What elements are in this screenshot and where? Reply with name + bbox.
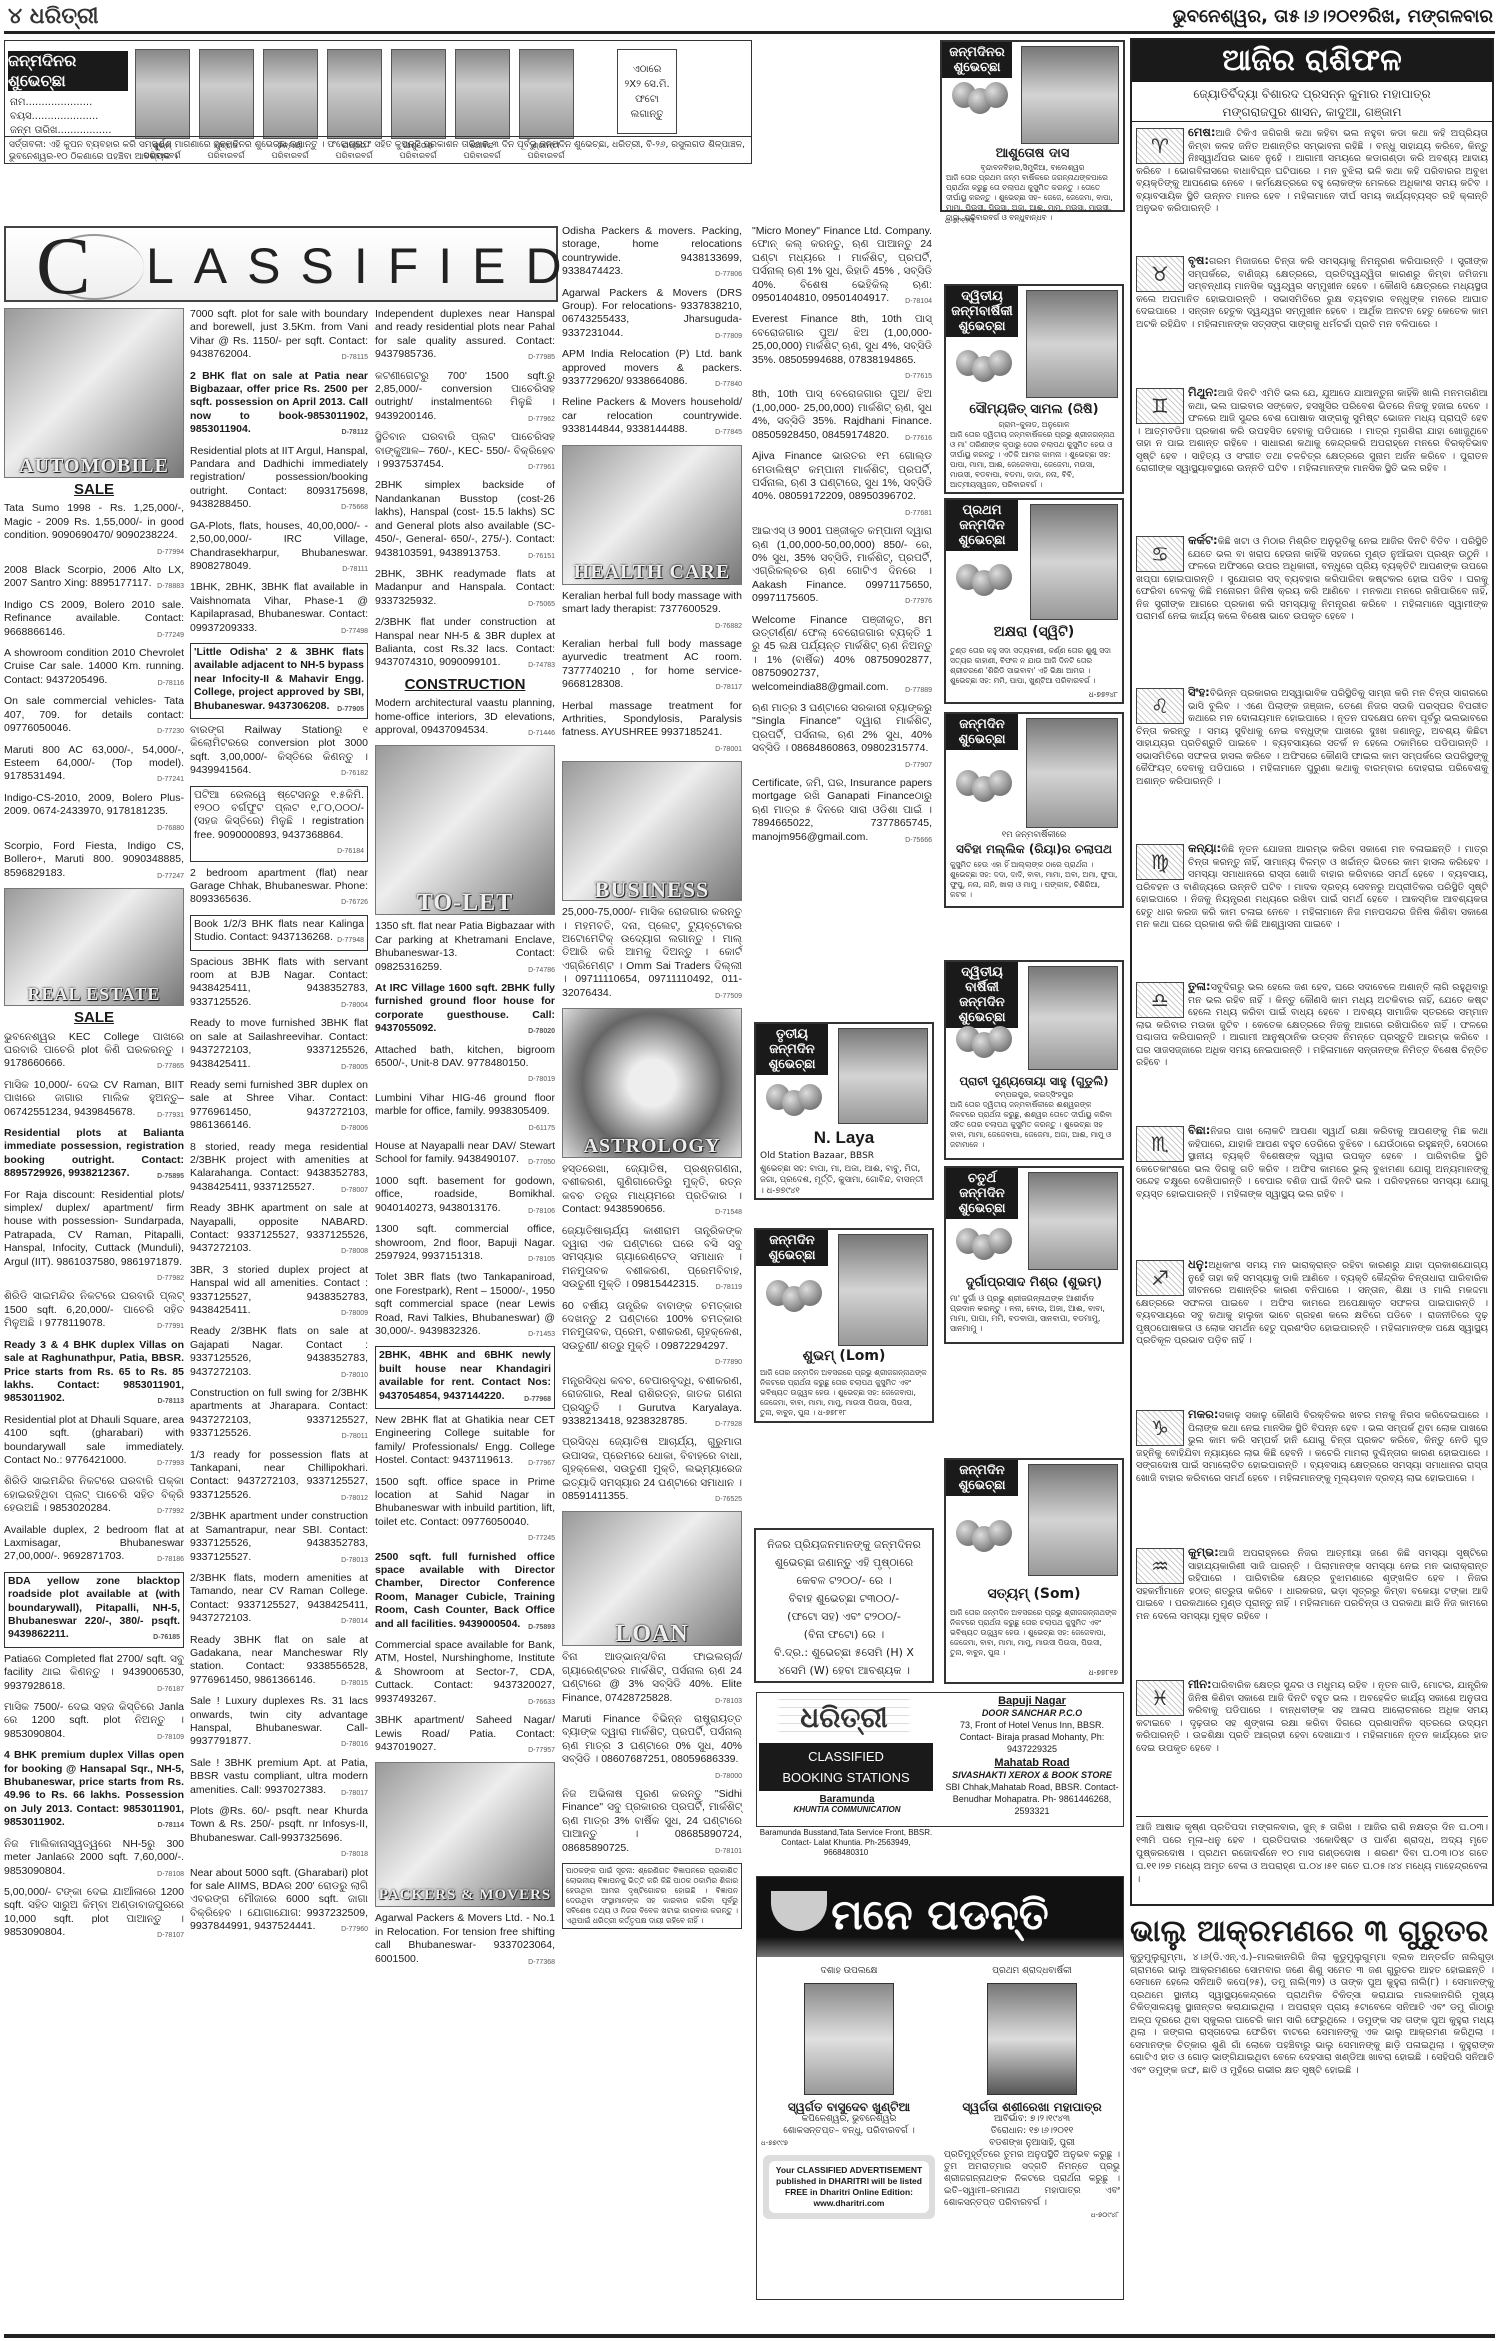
classified-ad: New 2BHK flat at Ghatikia near CET Engin… [375,1414,555,1471]
astrologer-byline: ଜ୍ୟୋତିର୍ବିଦ୍ୟା ବିଶାରଦ ପ୍ରସନ୍ନ କୁମାର ମହାପ… [1132,82,1492,122]
horoscope-sign: ♉ବୃଷ:ଗରମ ମିଜାଜରେ ଚିନ୍ତା କରି ସମସ୍ୟାକୁ ନିମ… [1136,254,1488,331]
classified-ad: Modern architectural vaastu planning, ho… [375,697,555,740]
gemini-icon: ♊ [1136,388,1184,424]
balloons-icon [766,1280,826,1330]
coupon-terms: ସର୍ତ୍ତାବଳୀ: ଏହି କୁପନ ବ୍ୟବହାର କରି ସମ୍ପୂର୍… [5,136,751,165]
classified-ad: House at Nayapalli near DAV/ Stewart Sch… [375,1140,555,1170]
classified-ad: Keralian herbal full body massage ayurve… [562,638,742,695]
ad-code: D-78103 [715,1695,742,1708]
ad-code: D-75893 [528,1621,555,1634]
ad-code: D-78007 [341,1184,368,1197]
sign-name: ବୃଷ: [1188,253,1209,267]
sign-name: କୁମ୍ଭ: [1188,1545,1219,1559]
dateline: ଭୁବନେଶ୍ୱର, ତା୫।୬।୨୦୧୨ରିଖ, ମଙ୍ଗଳବାର [1173,6,1493,27]
adult-photo [455,49,510,139]
business-image: BUSINESS [562,761,742,901]
section-heading: SALE [4,1011,184,1024]
ad-code: ଧ-୭୮୧୨୩ [945,216,975,226]
ad-code: D-76184 [337,845,364,858]
column-finance: "Micro Money" Finance Ltd. Company. ଫୋନ୍… [752,225,932,852]
birthday-wish-soumyajit: ଦ୍ୱିତୀୟ ଜନ୍ମବାର୍ଷିକୀ ଶୁଭେଚ୍ଛା ସୌମ୍ୟଜିତ୍ … [944,284,1124,494]
classified-ad: Indigo-CS-2010, 2009, Bolero Plus- 2009.… [4,792,184,835]
ad-code: D-71446 [528,727,555,740]
classified-ad: ପଟିଆ ରେଲୱେ ଷ୍ଟେସନରୁ ୧.୫କିମି. ୧୨୦୦ ବର୍ଗଫୁ… [190,786,368,862]
birthday-wish-akshara: ପ୍ରଥମ ଜନ୍ମଦିନ ଶୁଭେଚ୍ଛା ଅକ୍ଷରା (ସ୍ୱିଟି) ତ… [944,498,1124,704]
ad-code: D-77994 [157,546,184,559]
ad-text: 2500 sqft. full furnished office space a… [375,1551,555,1630]
health-care-image: HEALTH CARE [562,445,742,585]
ad-code: D-77889 [905,684,932,697]
ad-text: Indigo-CS-2010, 2009, Bolero Plus- 2009.… [4,792,184,817]
ad-text: For Raja discount: Residential plots/ si… [4,1189,184,1268]
ad-code: D-76726 [341,896,368,909]
classified-ad: ମନ୍ତ୍ରସିଦ୍ଧ କବଚ, ବେପାରବୃଦ୍ଧି, ବଶୀକରଣ, ରୋ… [562,1375,742,1432]
sign-text: ଅଧିକାଂଶ ସମୟ ମନ ଭାରାକ୍ରାନ୍ତ ରହିବା କାରଣରୁ … [1136,1260,1488,1346]
ad-code: D-77905 [337,703,364,716]
classified-ad: ଆଇଏସ୍ ଓ 9001 ପଞ୍ଜୀକୃତ କମ୍ପାନୀ ଦ୍ୱାରା ଋଣ … [752,525,932,608]
ad-code: D-78015 [341,1677,368,1690]
sign-text: କିଛି ନୂତନ ଯୋଜନା ଆରମ୍ଭ କରିବା ସକାଶେ ମନ ବଳା… [1136,844,1488,930]
footer-rule [4,2334,1495,2338]
classified-ad: Construction on full swing for 2/3BHK ap… [190,1387,368,1444]
classified-ad: 1BHK, 2BHK, 3BHK flat available in Vaish… [190,581,368,638]
capricorn-icon: ♑ [1136,1410,1184,1446]
memorial-left: ଦଶାହ ଉପଲକ୍ଷେ ସ୍ୱର୍ଗତ ବାସୁଦେବ ଖୁଣ୍ଟିଆ କପି… [757,1965,941,2225]
ad-code: D-78114 [158,1819,184,1832]
classified-ad: 2/3BHK flats, modern amenities at Tamand… [190,1572,368,1629]
baby-photo [1030,504,1118,620]
ad-code: D-74783 [528,659,555,672]
ad-code: D-77247 [157,870,184,883]
classified-ad: Ajiva Finance ଭାରତର ୧ମ ଗୋଲ୍ଡ ମେଡାଲିଷ୍ଟ କ… [752,450,932,520]
classified-ad: Reline Packers & Movers household/ car r… [562,396,742,439]
ad-code: D-77809 [715,330,742,343]
classified-ad: Residential plot at Dhauli Square, area … [4,1414,184,1471]
classified-ad: Maruti Finance ବିଭିନ୍ନ ରାଷ୍ଟ୍ରାୟତ୍ତ ବ୍ୟା… [562,1713,742,1783]
child-photo [199,49,254,139]
classified-ad: Ready 2/3BHK flats on sale at Gajapati N… [190,1325,368,1382]
ad-code: D-77948 [337,934,364,947]
classified-ad: ଶିରିଡି ସାଇମନ୍ଦିର ନିକଟରେ ଘରବାରି ପ୍ଲଟ୍ 150… [4,1290,184,1333]
ad-code: D-78017 [341,1787,368,1800]
ad-code: D-78112 [342,426,368,439]
ad-code: D-78116 [158,677,184,690]
birthday-wish-ashutosh: ଜନ୍ମଦିନର ଶୁଭେଚ୍ଛା ଆଶୁତୋଷ ଦାସ ବୃନ୍ଦାବନବିହ… [940,40,1125,212]
balloons-icon [956,1520,1016,1570]
sign-name: କର୍କଟ: [1188,533,1218,547]
ad-code: D-78012 [341,1492,368,1505]
horoscope-sign: ♒କୁମ୍ଭ:ଆଜି ଅପରାହ୍ନରେ ନିଜର ଆତ୍ମୀୟା ଜଣେ କି… [1136,1546,1488,1623]
cancer-icon: ♋ [1136,536,1184,572]
coupon-dob-field[interactable]: ଜନ୍ମ ତାରିଖ................. [10,125,112,136]
classified-ad: Tolet 3BR flats (two Tankapaniroad, one … [375,1271,555,1341]
classified-ad: Plots @Rs. 60/- psqft. near Khurda Town … [190,1805,368,1862]
ad-code: D-77840 [715,378,742,391]
station-baramunda-address: Baramunda Busstand,Tata Service Front, B… [758,1828,934,1858]
ad-code: D-75065 [528,598,555,611]
classified-ad: 2/3BHK apartment under construction at S… [190,1510,368,1567]
station-baramunda: Baramunda KHUNTIA COMMUNICATION [759,1795,935,1815]
photo-placeholder[interactable]: ଏଠାରେ୨X୨ ସେ.ମି.ଫଟୋଲଗାନ୍ତୁ [617,49,677,134]
ad-text: Keralian herbal full body massage with s… [562,590,742,615]
classified-ad: GA-Plots, flats, houses, 40,00,000/- - 2… [190,520,368,577]
classified-ad: ସ୍ଥିତିବାନ ଘରବାରି ପ୍ଲଟ ପାଚେରିସହ ବାଙ୍କୁଆଳ–… [375,431,555,474]
classified-ad: 2BHK, 3BHK readymade flats at Madanpur a… [375,568,555,611]
horoscope-sign: ♈ମେଷ:ଆଜି ଟିକିଏ ଜଗିରଖି କଥା କହିବା ଭଲ ନହୁବା… [1136,126,1488,216]
classified-ad: 1300 sqft. commercial office, showroom, … [375,1223,555,1266]
child-photo [1028,1464,1118,1576]
column-services: Odisha Packers & movers. Packing, storag… [562,225,742,1934]
child-photo [327,49,382,139]
child-photo [263,49,318,139]
ad-text: ଆଇଏସ୍ ଓ 9001 ପଞ୍ଜୀକୃତ କମ୍ପାନୀ ଦ୍ୱାରା ଋଣ … [752,525,932,604]
ad-text: ପଟିଆ ରେଲୱେ ଷ୍ଟେସନରୁ ୧.୫କିମି. ୧୨୦୦ ବର୍ଗଫୁ… [194,789,364,841]
classified-ad: Lumbini Vihar HIG-46 ground floor marble… [375,1092,555,1135]
news-article: ଭାଲୁ ଆକ୍ରମଣରେ ୩ ଗୁରୁତର କୁଡୁମୁଲୁଗୁମ୍ମା, ୪… [1130,1912,1494,2077]
ad-code: D-77992 [157,1505,184,1518]
classified-ad: "Micro Money" Finance Ltd. Company. ଫୋନ୍… [752,225,932,308]
baby-photo [135,49,190,139]
coupon-age-field[interactable]: ବୟସ..................... [10,111,98,122]
classified-ad: Maruti 800 AC 63,000/-, 54,000/-, Esteem… [4,744,184,787]
classified-ad: 2008 Black Scorpio, 2006 Alto LX, 2007 S… [4,564,184,594]
ad-code: D-77845 [715,426,742,439]
ad-code: D-77241 [157,773,184,786]
ad-code: D-78115 [342,351,368,364]
sign-name: ମୀନ: [1188,1677,1212,1691]
ad-code: D-77961 [528,461,555,474]
ad-code: D-78013 [341,1554,368,1567]
classified-ad: Near about 5000 sqft. (Gharabari) plot f… [190,1867,368,1937]
ad-code: D-77890 [715,1356,742,1369]
classified-ad: 2 bedroom apartment (flat) near Garage C… [190,867,368,910]
sign-text: ନିଜର ପାଖ ଲୋକଟି ଆପଣା ସ୍ୱାର୍ଥ ରକ୍ଷା କରିବାକ… [1136,1126,1488,1200]
portrait-photo [987,1983,1077,2095]
ad-code: D-78019 [528,1073,555,1086]
classified-ad: ହସ୍ତରେଖା, ଜ୍ୟୋତିଷ, ପ୍ରଶ୍ନଗଣନା, ବଶୀକରଣ, ଗ… [562,1163,742,1220]
classified-ad: Book 1/2/3 BHK flats near Kalinga Studio… [190,915,368,951]
classified-ad: 2/3BHK flat under construction at Hanspa… [375,616,555,673]
birthday-wish-durgaprasad: ଚତୁର୍ଥ ଜନ୍ମଦିନ ଶୁଭେଚ୍ଛା ଦୁର୍ଗାପ୍ରସାଦ ମିଶ… [944,1166,1124,1344]
reader-notice: ପାଠକଙ୍କ ପାଇଁ ସୂଚନା: ଶ୍ରେଣିଗତ ବିଜ୍ଞାପନରେ … [562,1863,742,1929]
adult-photo [391,49,446,139]
birthday-coupon: ଜନ୍ମଦିନର ଶୁଭେଚ୍ଛା ନାମ...................… [4,40,752,164]
page-number: ୪ ଧରିତ୍ରୀ [8,4,99,29]
ad-code: D-78014 [341,1615,368,1628]
classified-ad: Certificate, ଜମି, ଘର, Insurance papers m… [752,777,932,847]
online-edition-note: Your CLASSIFIED ADVERTISEMENT published … [763,2155,935,2219]
booking-title: CLASSIFIEDBOOKING STATIONS [759,1743,933,1791]
classified-ad: Ready 3BHK apartment on sale at Nayapall… [190,1202,368,1259]
classified-ad: Residential plots at IIT Argul, Hanspal,… [190,445,368,515]
classified-ad: 8 storied, ready mega residential 2/3BHK… [190,1141,368,1198]
ad-code: D-76633 [528,1696,555,1709]
wish-rates-box: ନିଜର ପ୍ରିୟଜନମାନଙ୍କୁ ଜନ୍ମଦିନରଶୁଭେଚ୍ଛା ଜଣା… [754,1528,934,1683]
sign-name: କନ୍ୟା: [1188,841,1221,855]
classified-banner: C LASSIFIED [4,226,558,302]
classified-ad: 2BHK, 4BHK and 6BHK newly built house ne… [375,1346,555,1409]
ad-code: D-61175 [529,1122,555,1135]
ad-code: D-76151 [528,550,555,563]
dharitri-logo: ଧରିତ୍ରୀ [779,1697,909,1739]
memorial-title: ମନେ ପଡନ୍ତି [757,1877,1123,1957]
ad-code: D-77806 [715,268,742,281]
panchang: ଆଜି ଆଷାଢ କୃଷ୍ଣ ପ୍ରତିପଦା ମଙ୍ଗଳବାର, ଜୁନ୍ ୫… [1136,1816,1488,1886]
sign-text: ଆଜି ଅପରାହ୍ନରେ ନିଜର ଆତ୍ମୀୟା ଜଣେ କିଛି ସମସ୍… [1136,1548,1488,1622]
sign-text: କିଛି ଖଟା ଓ ମିଠାର ମିଶ୍ରିତ ଅନୁଭୂତିକୁ ନେଇ ଆ… [1136,536,1488,622]
classified-ad: Agarwal Packers & Movers Ltd. - No.1 in … [375,1912,555,1969]
classified-ad: On sale commercial vehicles- Tata 407, 7… [4,695,184,738]
horoscope-sign: ♋କର୍କଟ:କିଛି ଖଟା ଓ ମିଠାର ମିଶ୍ରିତ ଅନୁଭୂତିକ… [1136,534,1488,624]
classified-ad: Indigo CS 2009, Bolero 2010 sale. Refina… [4,599,184,642]
ad-code: D-77681 [905,507,932,520]
classified-ad: ବିନା ଆଡ୍‌ଭାନ୍ସ/ବିନା ଫାଇଲଚାର୍ଜ/ ଗ୍ୟାରେଣ୍ଟ… [562,1651,742,1708]
sagittarius-icon: ♐ [1136,1260,1184,1296]
leo-icon: ♌ [1136,688,1184,724]
ad-code: D-76185 [153,1631,180,1644]
ad-code: D-78186 [157,1553,184,1566]
ad-text: Everest Finance 8th, 10th ପାସ୍ ବେରୋଜଗାର … [752,313,932,365]
ad-text: Herbal massage treatment for Arthrities,… [562,700,742,739]
ad-code: D-77368 [528,1956,555,1969]
balloons-icon [956,1026,1016,1076]
balloons-icon [956,350,1016,400]
ad-code: D-78010 [341,1369,368,1382]
classified-ad: 5,00,000/- ଟଙ୍କା ଦେଇ ଯାଆଁଳାରେ 1200 sqft.… [4,1886,184,1943]
sign-text: ସକାଳୁ ସକାଳୁ କୌଣସି ବିରକ୍ତିକର ଖବର ମନକୁ ନିର… [1136,1410,1488,1484]
sign-text: ଆଜି ଦିନଟି ଏମିତି ଭଲ ଯେ, ଯୁଆଡେ ଯାଆନ୍ତୁନା କ… [1136,388,1488,474]
horoscope-sign: ♎ତୁଳା:ସବୁଦିଗରୁ ଭଲ ହେଲେ ଜଣ ହେବ, ଘରେ ସଦାବେ… [1136,980,1488,1070]
classified-ad: ମାସିକ 10,000/- ଦେଇ CV Raman, BIIT ପାଖରେ … [4,1079,184,1122]
sign-name: ବିଛା: [1188,1123,1210,1137]
packers-movers-image: PACKERS & MOVERS [375,1762,555,1907]
ad-code: D-78005 [341,1061,368,1074]
balloons-icon [952,82,1012,132]
news-headline: ଭାଲୁ ଆକ୍ରମଣରେ ୩ ଗୁରୁତର [1130,1912,1494,1952]
ad-code: D-78883 [157,580,184,593]
ad-text: Welcome Finance ପଞ୍ଜୀକୃତ, 8ମ ଉତ୍ତୀର୍ଣ୍ଣ/… [752,614,932,693]
birthday-wish-lom: ଜନ୍ମଦିନ ଶୁଭେଚ୍ଛା ଶୁଭମ୍ (Lom) ଆଜି ତୋର ଜନ୍… [754,1228,934,1423]
ad-text: Plots @Rs. 60/- psqft. near Khurda Town … [190,1805,368,1844]
ad-code: D-75668 [341,501,368,514]
horoscope-sign: ♑ମକର:ସକାଳୁ ସକାଳୁ କୌଣସି ବିରକ୍ତିକର ଖବର ମନକ… [1136,1408,1488,1485]
ad-code: D-77931 [157,1109,184,1122]
classified-ad: Keralian herbal full body massage with s… [562,590,742,633]
classified-ad: Residential plots at Balianta immediate … [4,1127,184,1184]
ad-code: D-78111 [342,563,368,576]
ad-code: D-77498 [341,625,368,638]
classified-ad: At IRC Village 1600 sqft. 2BHK fully fur… [375,982,555,1039]
ad-code: D-77245 [528,1532,555,1545]
classified-ad: Sale ! Luxury duplexes Rs. 31 lacs onwar… [190,1695,368,1752]
diya-lamp-icon [771,1891,827,1931]
classified-ad: Scorpio, Ford Fiesta, Indigo CS, Bollero… [4,840,184,883]
classified-ad: For Raja discount: Residential plots/ si… [4,1189,184,1286]
classified-ad: ଜ୍ୟୋତିଷାଚାର୍ଯ୍ୟ କାଶୀରାମ ତାନ୍ତ୍ରିକଙ୍କ ଦ୍ୱ… [562,1225,742,1295]
memorial-right: ପ୍ରଥମ ଶ୍ରାଦ୍ଧବାର୍ଷିକୀ ସ୍ୱର୍ଗତା ଶଶୀରେଖା ମ… [941,1965,1123,2221]
column-automobile-realestate: AUTOMOBILE SALE Tata Sumo 1998 - Rs. 1,2… [4,308,184,1948]
ad-code: D-77050 [528,1156,555,1169]
sign-text: ସବୁଦିଗରୁ ଭଲ ହେଲେ ଜଣ ହେବ, ଘରେ ସଦାବେଳେ ଅଶା… [1136,982,1488,1068]
ad-code: D-77967 [528,1457,555,1470]
real-estate-image: REAL ESTATE [4,888,184,1006]
birthday-wish-sabiha: ଜନ୍ମଦିନ ଶୁଭେଚ୍ଛା ୧ମ ଜନ୍ମବାର୍ଷିକୀରେ ସବିହା… [944,712,1124,908]
classified-ad: କଟଣୀଗେଟରୁ 700' 1500 sqft.ରୁ 2,85,000/- c… [375,370,555,427]
classified-ad: 60 ବର୍ଷୀୟ ତାନ୍ତ୍ରିକ ବାବାଙ୍କ ଚମତ୍କାର ଦେଖନ… [562,1300,742,1370]
classified-ad: Herbal massage treatment for Arthrities,… [562,700,742,757]
ad-code: D-78009 [341,1307,368,1320]
ad-code: D-78016 [341,1738,368,1751]
column-realestate-2: 7000 sqft. plot for sale with boundary a… [190,308,368,1942]
classified-ad: Welcome Finance ପଞ୍ଜୀକୃତ, 8ମ ଉତ୍ତୀର୍ଣ୍ଣ/… [752,614,932,697]
column-tolet: Independent duplexes near Hanspal and re… [375,308,555,1974]
ad-code: D-78001 [715,743,742,756]
baby-photo [1021,46,1119,144]
ad-text: Lumbini Vihar HIG-46 ground floor marble… [375,1092,555,1117]
horoscope-sign: ♍କନ୍ୟା:କିଛି ନୂତନ ଯୋଜନା ଆରମ୍ଭ କରିବା ସକାଶେ… [1136,842,1488,932]
woman-photo [519,49,574,139]
classified-ad: ନିଜ ମାଲିକାନାସ୍ୱତ୍ୱରେ NH-5ରୁ 300 meter Ja… [4,1838,184,1881]
section-heading: SALE [4,483,184,496]
ad-code: D-77928 [715,1418,742,1431]
classified-ad: ବାରଙ୍ଗ Railway Stationରୁ ୧ କିଲୋମିଟରରେ co… [190,724,368,781]
taurus-icon: ♉ [1136,256,1184,292]
portrait-photo [804,1983,894,2095]
sign-text: ପାରିବାରିକ କ୍ଷେତ୍ର ସୁନ୍ଦର ଓ ମଧୁମୟ ରହିବ । … [1136,1680,1488,1754]
astrology-image: ASTROLOGY [562,1008,742,1158]
ad-code: D-78101 [715,1845,742,1858]
classified-ad: 4 BHK premium duplex Villas open for boo… [4,1749,184,1832]
scorpio-icon: ♏ [1136,1126,1184,1162]
ad-code: D-77509 [715,990,742,1003]
ad-code: D-76882 [715,620,742,633]
memorial-section: ମନେ ପଡନ୍ତି ଦଶାହ ଉପଲକ୍ଷେ ସ୍ୱର୍ଗତ ବାସୁଦେବ … [756,1876,1124,2300]
ad-text: 4 BHK premium duplex Villas open for boo… [4,1749,184,1828]
ad-text: ଋଣ ମାତ୍ର 3 ଘଣ୍ଟାରେ ସରକାରୀ ବ୍ୟାଙ୍କରୁ "Sin… [752,702,932,754]
classified-ad: Commercial space available for Bank, ATM… [375,1639,555,1709]
pisces-icon: ♓ [1136,1680,1184,1716]
classified-ad: 3BHK apartment/ Saheed Nagar/ Lewis Road… [375,1714,555,1757]
horoscope-sign: ♏ବିଛା:ନିଜର ପାଖ ଲୋକଟି ଆପଣା ସ୍ୱାର୍ଥ ରକ୍ଷା … [1136,1124,1488,1201]
horoscope-sign: ♌ସିଂହ:ବିଭିନ୍ନ ପ୍ରକାରର ଅସ୍ୱାଭାବିକ ପରିସ୍ଥି… [1136,686,1488,788]
classified-ad: Patiaରେ Completed flat 2700/ sqft. ସବୁ f… [4,1653,184,1696]
coupon-title: ଜନ୍ମଦିନର ଶୁଭେଚ୍ଛା [8,51,128,91]
horoscope-sign: ♊ମିଥୁନ:ଆଜି ଦିନଟି ଏମିତି ଭଲ ଯେ, ଯୁଆଡେ ଯାଆନ… [1136,386,1488,476]
balloons-icon [956,1228,1016,1278]
birthday-wish-prachi: ଦ୍ୱିତୀୟ ବାର୍ଷିକୀ ଜନ୍ମଦିନ ଶୁଭେଚ୍ଛା ପ୍ରାଚୀ… [944,960,1124,1160]
coupon-name-field[interactable]: ନାମ..................... [10,97,92,108]
ad-code: D-76182 [341,767,368,780]
ad-code: D-78020 [528,1025,555,1038]
ad-code: D-78006 [341,1122,368,1135]
sign-name: ମେଷ: [1188,125,1215,139]
classified-ad: Attached bath, kitchen, bigroom 6500/-, … [375,1044,555,1087]
birthday-wish-laya: ତୃତୀୟ ଜନ୍ମଦିନ ଶୁଭେଚ୍ଛା N. Laya Old Stati… [754,1022,934,1200]
virgo-icon: ♍ [1136,844,1184,880]
classified-ad: ନିଜ ଅଭିଳାଷ ପୂରଣ କରନ୍ତୁ "Sidhi Finance" ସ… [562,1788,742,1858]
sign-name: ତୁଳା: [1188,979,1211,993]
ad-text: 60 ବର୍ଷୀୟ ତାନ୍ତ୍ରିକ ବାବାଙ୍କ ଚମତ୍କାର ଦେଖନ… [562,1300,742,1352]
horoscope-sign: ♐ଧନୁ:ଅଧିକାଂଶ ସମୟ ମନ ଭାରାକ୍ରାନ୍ତ ରହିବା କା… [1136,1258,1488,1348]
horoscope-section: ଆଜିର ରାଶିଫଳ ଜ୍ୟୋତିର୍ବିଦ୍ୟା ବିଶାରଦ ପ୍ରସନ୍… [1130,38,1494,1906]
ad-code: D-76525 [715,1493,742,1506]
aquarius-icon: ♒ [1136,1548,1184,1584]
ad-code: D-71453 [528,1328,555,1341]
ad-code: D-77249 [157,629,184,642]
classified-ad: Spacious 3BHK flats with servant room at… [190,956,368,1013]
ad-code: D-78011 [342,1430,368,1443]
baby-photo [1028,966,1118,1070]
ad-code: D-78108 [157,1868,184,1881]
ad-code: D-78000 [715,1770,742,1783]
classified-ad: Ready to move furnished 3BHK flat on sal… [190,1017,368,1074]
classified-ad: Available duplex, 2 bedroom flat at Laxm… [4,1524,184,1567]
classified-ad: Ready 3BHK flat on sale at Gadakana, nea… [190,1634,368,1691]
child-photo [838,1028,928,1124]
ad-code: D-78004 [341,999,368,1012]
child-photo [838,1234,928,1346]
child-photo [1028,1172,1118,1270]
sign-text: ବିଭିନ୍ନ ପ୍ରକାରର ଅସ୍ୱାଭାବିକ ପରିସ୍ଥିତିକୁ ସ… [1136,688,1488,787]
aries-icon: ♈ [1136,128,1184,164]
classified-ad: Odisha Packers & movers. Packing, storag… [562,225,742,282]
ad-code: D-78018 [341,1848,368,1861]
ad-text: 2BHK simplex backside of Nandankanan Bus… [375,479,555,558]
classified-ad: 1000 sqft. basement for godown, office, … [375,1175,555,1218]
to-let-image: TO-LET [375,745,555,915]
paper-logo: ଧରିତ୍ରୀ [30,4,99,29]
ad-text: 1500 sqft. office space in Prime locatio… [375,1476,555,1528]
automobile-image: AUTOMOBILE [4,308,184,478]
sign-name: ସିଂହ: [1188,685,1210,699]
classified-ad: 2BHK simplex backside of Nandankanan Bus… [375,479,555,562]
ad-code: D-77615 [905,370,932,383]
loan-image: LOAN [562,1511,742,1646]
libra-icon: ♎ [1136,982,1184,1018]
ad-code: D-77993 [157,1457,184,1470]
classified-ad: 25,000-75,000/- ମାସିକ ରୋଜଗାର କରନ୍ତୁ । ମହ… [562,906,742,1003]
horoscope-sign: ♓ମୀନ:ପାରିବାରିକ କ୍ଷେତ୍ର ସୁନ୍ଦର ଓ ମଧୁମୟ ରହ… [1136,1678,1488,1755]
classified-ad: Everest Finance 8th, 10th ପାସ୍ ବେରୋଜଗାର … [752,313,932,383]
ad-code: D-78117 [716,681,742,694]
ad-code: D-78105 [528,1253,555,1266]
section-heading: CONSTRUCTION [375,678,555,691]
classified-ad: Ready 3 & 4 BHK duplex Villas on sale at… [4,1339,184,1409]
classified-ad: 1/3 ready for possession flats at Tankap… [190,1449,368,1506]
ad-code: D-78106 [528,1205,555,1218]
classified-ad: Sale ! 3BHK premium Apt. at Patia, BBSR … [190,1757,368,1800]
ad-text: Tata Sumo 1998 - Rs. 1,25,000/-, Magic -… [4,502,184,541]
ad-code: D-78107 [157,1929,184,1942]
classified-ad: 7000 sqft. plot for sale with boundary a… [190,308,368,365]
classified-ad: A showroom condition 2010 Chevrolet Crui… [4,647,184,690]
ad-code: D-77230 [157,725,184,738]
classified-ad: ଭୁବନେଶ୍ୱର KEC College ପାଖରେ ଘରବାରି ପାଚେର… [4,1031,184,1074]
classified-ad: 1350 sft. flat near Patia Bigbazaar with… [375,920,555,977]
classified-ad: Tata Sumo 1998 - Rs. 1,25,000/-, Magic -… [4,502,184,559]
classified-ad: Ready semi furnished 3BR duplex on sale … [190,1079,368,1136]
classified-ad: ମାସିକ 7500/- ଦେଇ ସହଜ କିସ୍ତିରେ Janla ରେ 1… [4,1701,184,1744]
ad-code: D-77960 [341,1923,368,1936]
classified-ad: 'Little Odisha' 2 & 3BHK flats available… [190,643,368,719]
classified-ad: 1500 sqft. office space in Prime locatio… [375,1476,555,1546]
ad-code: D-77907 [905,759,932,772]
ad-code: D-78109 [157,1731,184,1744]
balloons-icon [956,770,1016,820]
classified-ad: ଋଣ ମାତ୍ର 3 ଘଣ୍ଟାରେ ସରକାରୀ ବ୍ୟାଙ୍କରୁ "Sin… [752,702,932,772]
station-bapuji-nagar: Bapuji Nagar DOOR SANCHAR P.C.O 73, Fron… [943,1695,1121,1817]
ad-code: D-71548 [715,1206,742,1219]
